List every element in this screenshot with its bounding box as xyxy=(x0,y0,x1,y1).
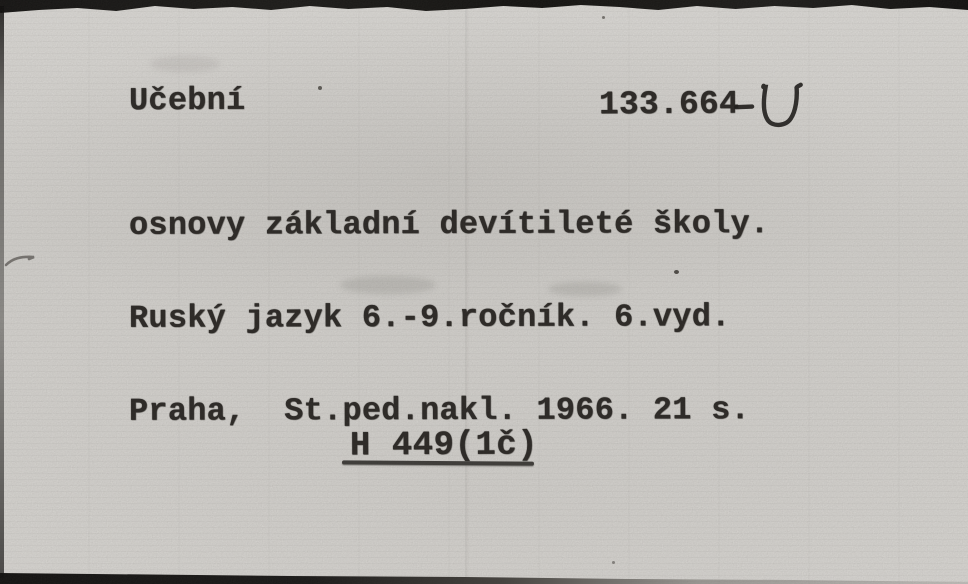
handwritten-u-annotation xyxy=(726,78,812,142)
title-line: osnovy základní devítileté školy. xyxy=(129,208,769,241)
faint-smudge xyxy=(340,276,436,294)
call-number: 133.664 xyxy=(599,89,739,121)
scanner-edge-left xyxy=(0,6,4,578)
heading-word: Učební xyxy=(129,85,246,116)
ink-speck xyxy=(612,561,615,564)
ink-speck xyxy=(674,270,679,274)
catalog-card-scan: Učební 133.664 osnovy základní devítilet… xyxy=(0,0,968,584)
faint-smudge xyxy=(548,282,622,296)
pencil-squiggle xyxy=(4,250,38,270)
handwritten-letter-u xyxy=(762,84,800,126)
imprint-line: Praha, St.ped.nakl. 1966. 21 s. xyxy=(129,394,769,427)
ink-speck xyxy=(318,86,322,90)
ink-speck xyxy=(602,16,605,19)
shelf-mark: H 449(1č) xyxy=(350,431,538,463)
edition-line: Ruský jazyk 6.-9.ročník. 6.vyd. xyxy=(129,301,769,334)
faint-smudge xyxy=(150,56,220,72)
handwritten-dash xyxy=(736,106,752,107)
